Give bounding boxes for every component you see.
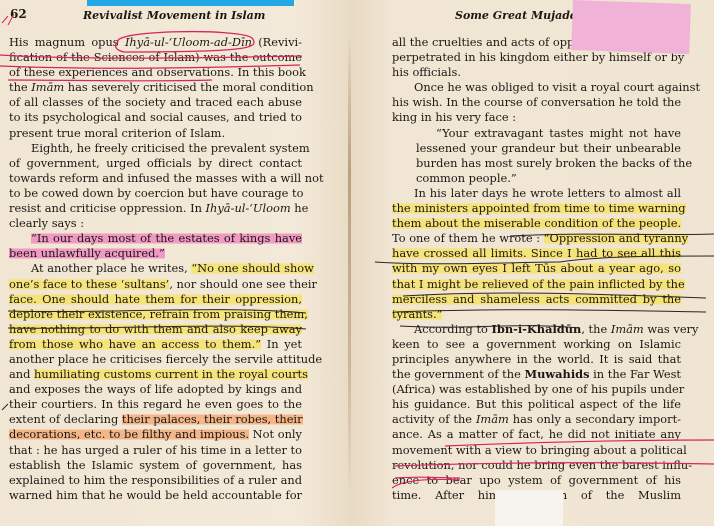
text-span: towards reform and infused the masses wi… [9,171,324,185]
text-line: resist and criticise oppression. In Ihyā… [9,201,302,216]
text-line: with my own eyes I left Tūs about a year… [392,261,681,276]
text-span: to be cowed down by coercion but have co… [9,186,303,200]
text-span: another place he criticises fiercely the… [9,352,322,366]
text-line: keen to see a government working on Isla… [392,337,681,352]
text-line: (Africa) was established by one of his p… [392,382,681,397]
text-span: lessened your grandeur but their unbeara… [416,141,681,155]
text-line: lessened your grandeur but their unbeara… [392,141,681,156]
text-span: Eighth, he freely criticised the prevale… [31,141,310,155]
page-number: 62 [10,7,27,21]
text-span: Ihyā-ul-‘Uloom [206,201,291,215]
highlighted-text: them about the miserable condition of th… [392,216,681,230]
text-span: their courtiers. In this regard he even … [9,397,302,411]
highlighted-text: “Oppression and tyranny [544,231,688,245]
running-head-left: Revivalist Movement in Islam [83,9,265,22]
text-span: “Your extravagant tastes might not have [436,126,681,140]
text-line: tyrants.” [392,307,681,322]
text-span: was very [644,322,699,336]
text-line: At another place he writes, “No one shou… [9,261,302,276]
text-line: have crossed all limits. Since I had to … [392,246,681,261]
text-line: their courtiers. In this regard he even … [9,397,302,412]
book-spread: 62 Revivalist Movement in Islam His magn… [0,0,714,526]
highlighted-text: deplore their existence, refrain from pr… [9,307,308,321]
text-span: in the Far West [590,367,681,381]
text-line: extent of declaring their palaces, their… [9,412,302,427]
text-line: movement with a view to bringing about a… [392,443,681,458]
text-line: decorations, etc. to be filthy and impio… [9,427,302,442]
text-line: “In our days most of the estates of king… [9,231,302,246]
text-span: his wish. In the course of conversation … [392,95,681,109]
text-span: clearly says : [9,216,84,230]
text-line: merciless and shameless acts committed b… [392,292,681,307]
text-line: ance. As a matter of fact, he did not in… [392,427,681,442]
text-span: ance. As a matter of fact, he did not in… [392,427,681,441]
blue-bookmark-tab [87,0,294,6]
text-span: the government of the [392,367,524,381]
text-line: the ministers appointed from time to tim… [392,201,681,216]
text-line: have nothing to do with them and also ke… [9,322,302,337]
text-span: his officials. [392,65,461,79]
text-span: (Africa) was established by one of his p… [392,382,684,396]
text-span: of these experiences and observations. I… [9,65,306,79]
text-line: that I might be relieved of the pain inf… [392,277,681,292]
left-page: 62 Revivalist Movement in Islam His magn… [0,0,350,526]
text-span: , nor should one see their [169,277,317,291]
highlighted-text: “No one should show [191,261,314,275]
highlighted-text: that I might be relieved of the pain inf… [392,277,685,291]
text-line: revolution, nor could he bring even the … [392,458,681,473]
highlighted-text: have nothing to do with them and also ke… [9,322,302,336]
text-line: to its psychological and social causes, … [9,110,302,125]
text-line: and humiliating customs current in the r… [9,367,302,382]
redaction-patch [495,490,563,526]
highlighted-text: face. One should hate them for their opp… [9,292,302,306]
text-span: His magnum opus [9,35,125,49]
text-line: In his later days he wrote letters to al… [392,186,681,201]
text-line: and exposes the ways of life adopted by … [9,382,302,397]
text-span: Not only [249,427,302,441]
highlighted-text: been unlawfully acquired.” [9,246,165,260]
right-page: Some Great Mujaddic all the cruelties an… [350,0,714,526]
text-line: from those who have an access to them.” … [9,337,302,352]
text-line: Eighth, he freely criticised the prevale… [9,141,302,156]
highlighted-text: have crossed all limits. Since I had to … [392,246,681,260]
text-span: To one of them he wrote : [392,231,544,245]
text-span: present true moral criterion of Islam. [9,126,225,140]
text-span: of all classes of the society and traced… [9,95,302,109]
text-line: the government of the Muwahids in the Fa… [392,367,681,382]
text-span: resist and criticise oppression. In [9,201,206,215]
text-line: According to Ibn-i-Khaldūn, the Imām was… [392,322,681,337]
text-line: one’s face to these ‘sultans’, nor shoul… [9,277,302,292]
text-span: king in his very face : [392,110,516,124]
text-span: Muwahids [524,367,589,381]
running-head-right: Some Great Mujaddic [455,9,589,22]
text-span: At another place he writes, [31,261,191,275]
text-span: and exposes the ways of life adopted by … [9,382,302,396]
text-line: the Imām has severely criticised the mor… [9,80,302,95]
text-line: common people.” [392,171,681,186]
text-line: warned him that he would be held account… [9,488,302,503]
text-line: been unlawfully acquired.” [9,246,302,261]
text-span: Imām [31,80,64,94]
text-line: his guidance. But this political aspect … [392,397,681,412]
text-span: In his later days he wrote letters to al… [414,186,681,200]
left-page-text: His magnum opus Ihyā-ul-‘Uloom-ad-Dīn (R… [9,35,302,503]
text-span: Once he was obliged to visit a royal cou… [414,80,700,94]
text-line: his officials. [392,65,681,80]
text-span: burden has most surely broken the backs … [416,156,692,170]
text-span: Ibn-i-Khaldūn [492,322,582,336]
text-span: Ihyā-ul-‘Uloom-ad-Dīn [125,35,252,49]
text-span: that : he has urged a ruler of his time … [9,443,302,457]
text-line: his wish. In the course of conversation … [392,95,681,110]
text-span: keen to see a government working on Isla… [392,337,681,351]
text-span: and [9,367,34,381]
text-line: establish the Islamic system of governme… [9,458,302,473]
text-span: has severely criticised the moral condit… [64,80,313,94]
text-line: another place he criticises fiercely the… [9,352,302,367]
text-line: burden has most surely broken the backs … [392,156,681,171]
text-line: of all classes of the society and traced… [9,95,302,110]
text-line: explained to him the responsibilities of… [9,473,302,488]
text-line: king in his very face : [392,110,681,125]
text-line: Once he was obliged to visit a royal cou… [392,80,681,95]
text-span: fication of the Sciences of Islam) was t… [9,50,302,64]
text-span: Imām [476,412,509,426]
text-line: To one of them he wrote : “Oppression an… [392,231,681,246]
text-line: present true moral criterion of Islam. [9,126,302,141]
text-span: ence to bear upo ystem of government of … [392,473,681,487]
text-span: activity of the [392,412,476,426]
text-span: explained to him the responsibilities of… [9,473,302,487]
text-line: ence to bear upo ystem of government of … [392,473,681,488]
text-line: principles anywhere in the world. It is … [392,352,681,367]
text-line: of government, urged officials by direct… [9,156,302,171]
highlighted-text: merciless and shameless acts committed b… [392,292,681,306]
text-line: deplore their existence, refrain from pr… [9,307,302,322]
sticky-note [571,0,691,54]
text-span: has only a secondary import- [509,412,681,426]
text-line: them about the miserable condition of th… [392,216,681,231]
text-line: clearly says : [9,216,302,231]
text-line: to be cowed down by coercion but have co… [9,186,302,201]
text-span: of government, urged officials by direct… [9,156,302,170]
highlighted-text: from those who have an access to them.” [9,337,261,351]
text-span: principles anywhere in the world. It is … [392,352,681,366]
text-span: common people.” [416,171,517,185]
book-gutter [348,30,351,500]
text-span: his guidance. But this political aspect … [392,397,681,411]
text-span: establish the Islamic system of governme… [9,458,302,472]
right-page-text: all the cruelties and acts of oppressiop… [392,35,681,503]
text-line: His magnum opus Ihyā-ul-‘Uloom-ad-Dīn (R… [9,35,302,50]
text-span: According to [414,322,492,336]
text-span: the [9,80,31,94]
highlighted-text: decorations, etc. to be filthy and impio… [9,427,249,441]
highlighted-text: the ministers appointed from time to tim… [392,201,686,215]
text-line: face. One should hate them for their opp… [9,292,302,307]
text-span: , the [581,322,611,336]
text-line: “Your extravagant tastes might not have [392,126,681,141]
text-span: to its psychological and social causes, … [9,110,302,124]
text-span: movement with a view to bringing about a… [392,443,687,457]
text-span: revolution, nor could he bring even the … [392,458,692,472]
text-line: towards reform and infused the masses wi… [9,171,302,186]
highlighted-text: tyrants.” [392,307,442,321]
highlighted-text: “In our days most of the estates of king… [31,231,302,245]
text-span: warned him that he would be held account… [9,488,302,502]
text-span: Imām [611,322,644,336]
highlighted-text: humiliating customs current in the royal… [34,367,308,381]
text-line: of these experiences and observations. I… [9,65,302,80]
text-line: that : he has urged a ruler of his time … [9,443,302,458]
text-span: In yet [261,337,302,351]
text-span: (Revivi- [252,35,302,49]
text-span: extent of declaring [9,412,122,426]
text-line: activity of the Imām has only a secondar… [392,412,681,427]
highlighted-text: with my own eyes I left Tūs about a year… [392,261,681,275]
text-span: he [291,201,309,215]
highlighted-text: one’s face to these ‘sultans’ [9,277,169,291]
text-line: fication of the Sciences of Islam) was t… [9,50,302,65]
highlighted-text: their palaces, their robes, their [122,412,303,426]
text-line: perpetrated in his kingdom either by him… [392,50,681,65]
